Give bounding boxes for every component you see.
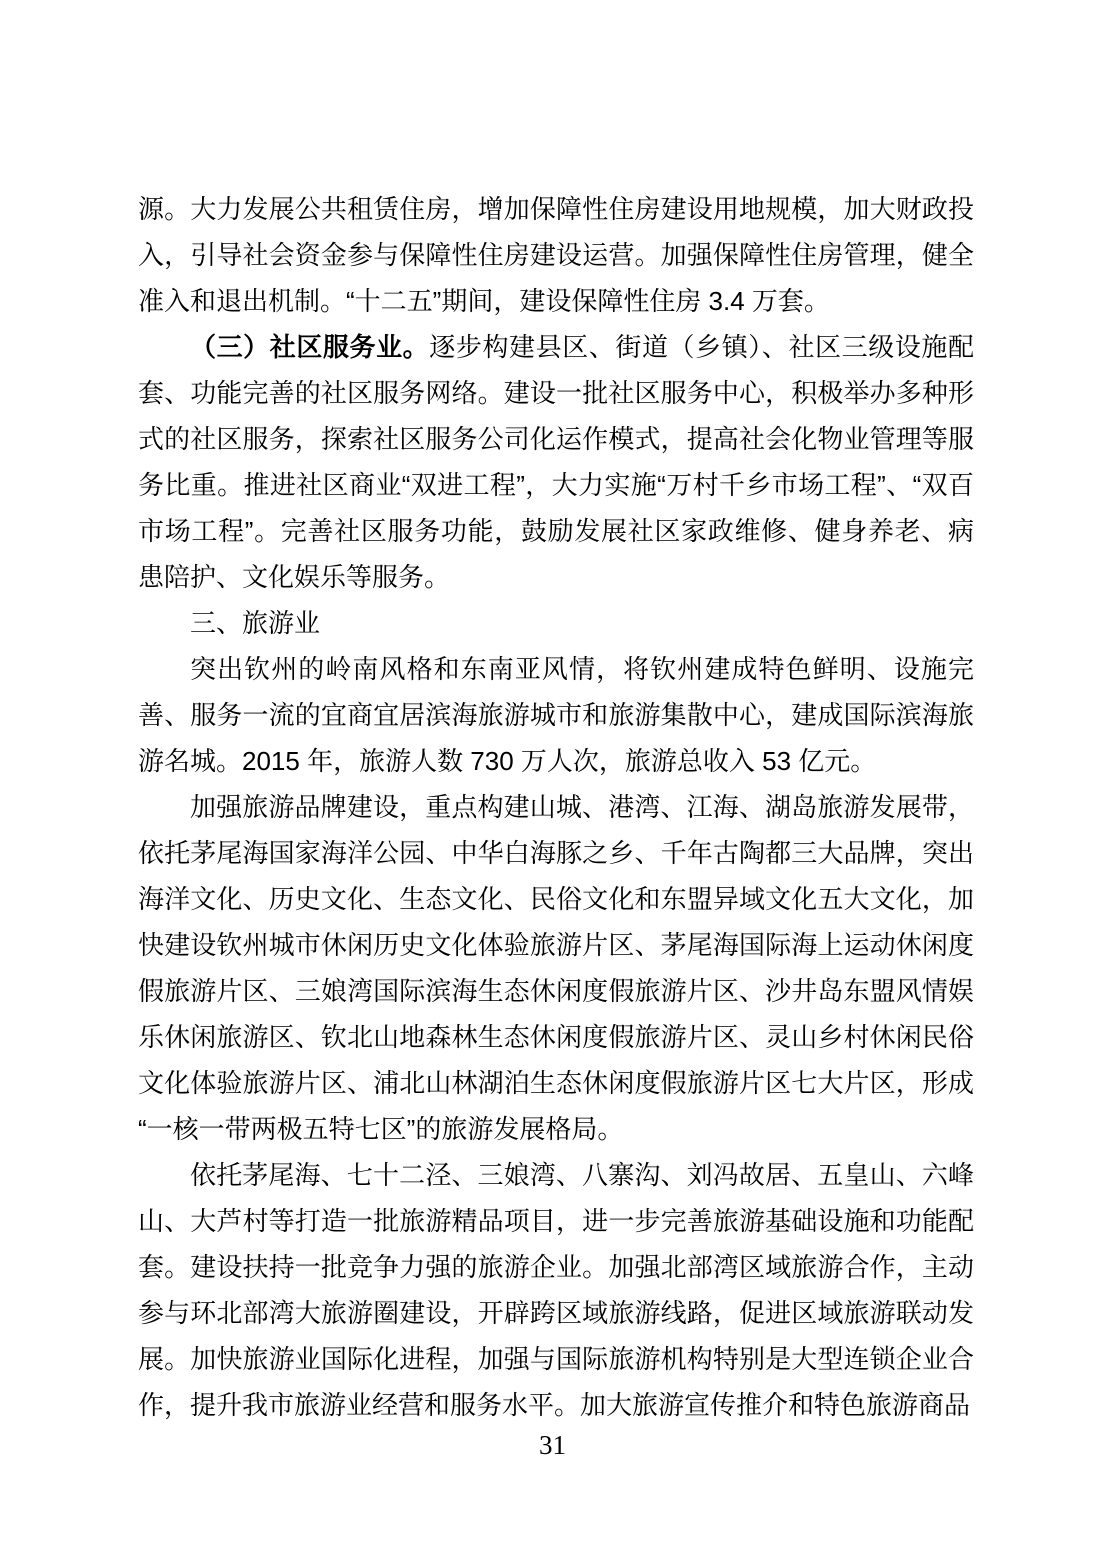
document-page: 源。大力发展公共租赁住房，增加保障性住房建设用地规模，加大财政投入，引导社会资金…: [0, 0, 1105, 1550]
document-body: 源。大力发展公共租赁住房，增加保障性住房建设用地规模，加大财政投入，引导社会资金…: [138, 186, 974, 1428]
paragraph-tourism-brands: 加强旅游品牌建设，重点构建山城、港湾、江海、湖岛旅游发展带，依托茅尾海国家海洋公…: [138, 784, 974, 1152]
paragraph-body-community-services: 逐步构建县区、街道（乡镇）、社区三级设施配套、功能完善的社区服务网络。建设一批社…: [138, 332, 974, 592]
page-number: 31: [0, 1428, 1105, 1462]
paragraph-housing-continuation: 源。大力发展公共租赁住房，增加保障性住房建设用地规模，加大财政投入，引导社会资金…: [138, 186, 974, 324]
paragraph-tourism-goals: 突出钦州的岭南风格和东南亚风情，将钦州建成特色鲜明、设施完善、服务一流的宜商宜居…: [138, 646, 974, 784]
paragraph-tourism-projects: 依托茅尾海、七十二泾、三娘湾、八寨沟、刘冯故居、五皇山、六峰山、大芦村等打造一批…: [138, 1152, 974, 1428]
section-heading-tourism: 三、旅游业: [138, 600, 974, 646]
paragraph-lead-community-services: （三）社区服务业。: [190, 332, 429, 362]
paragraph-community-services: （三）社区服务业。逐步构建县区、街道（乡镇）、社区三级设施配套、功能完善的社区服…: [138, 324, 974, 600]
